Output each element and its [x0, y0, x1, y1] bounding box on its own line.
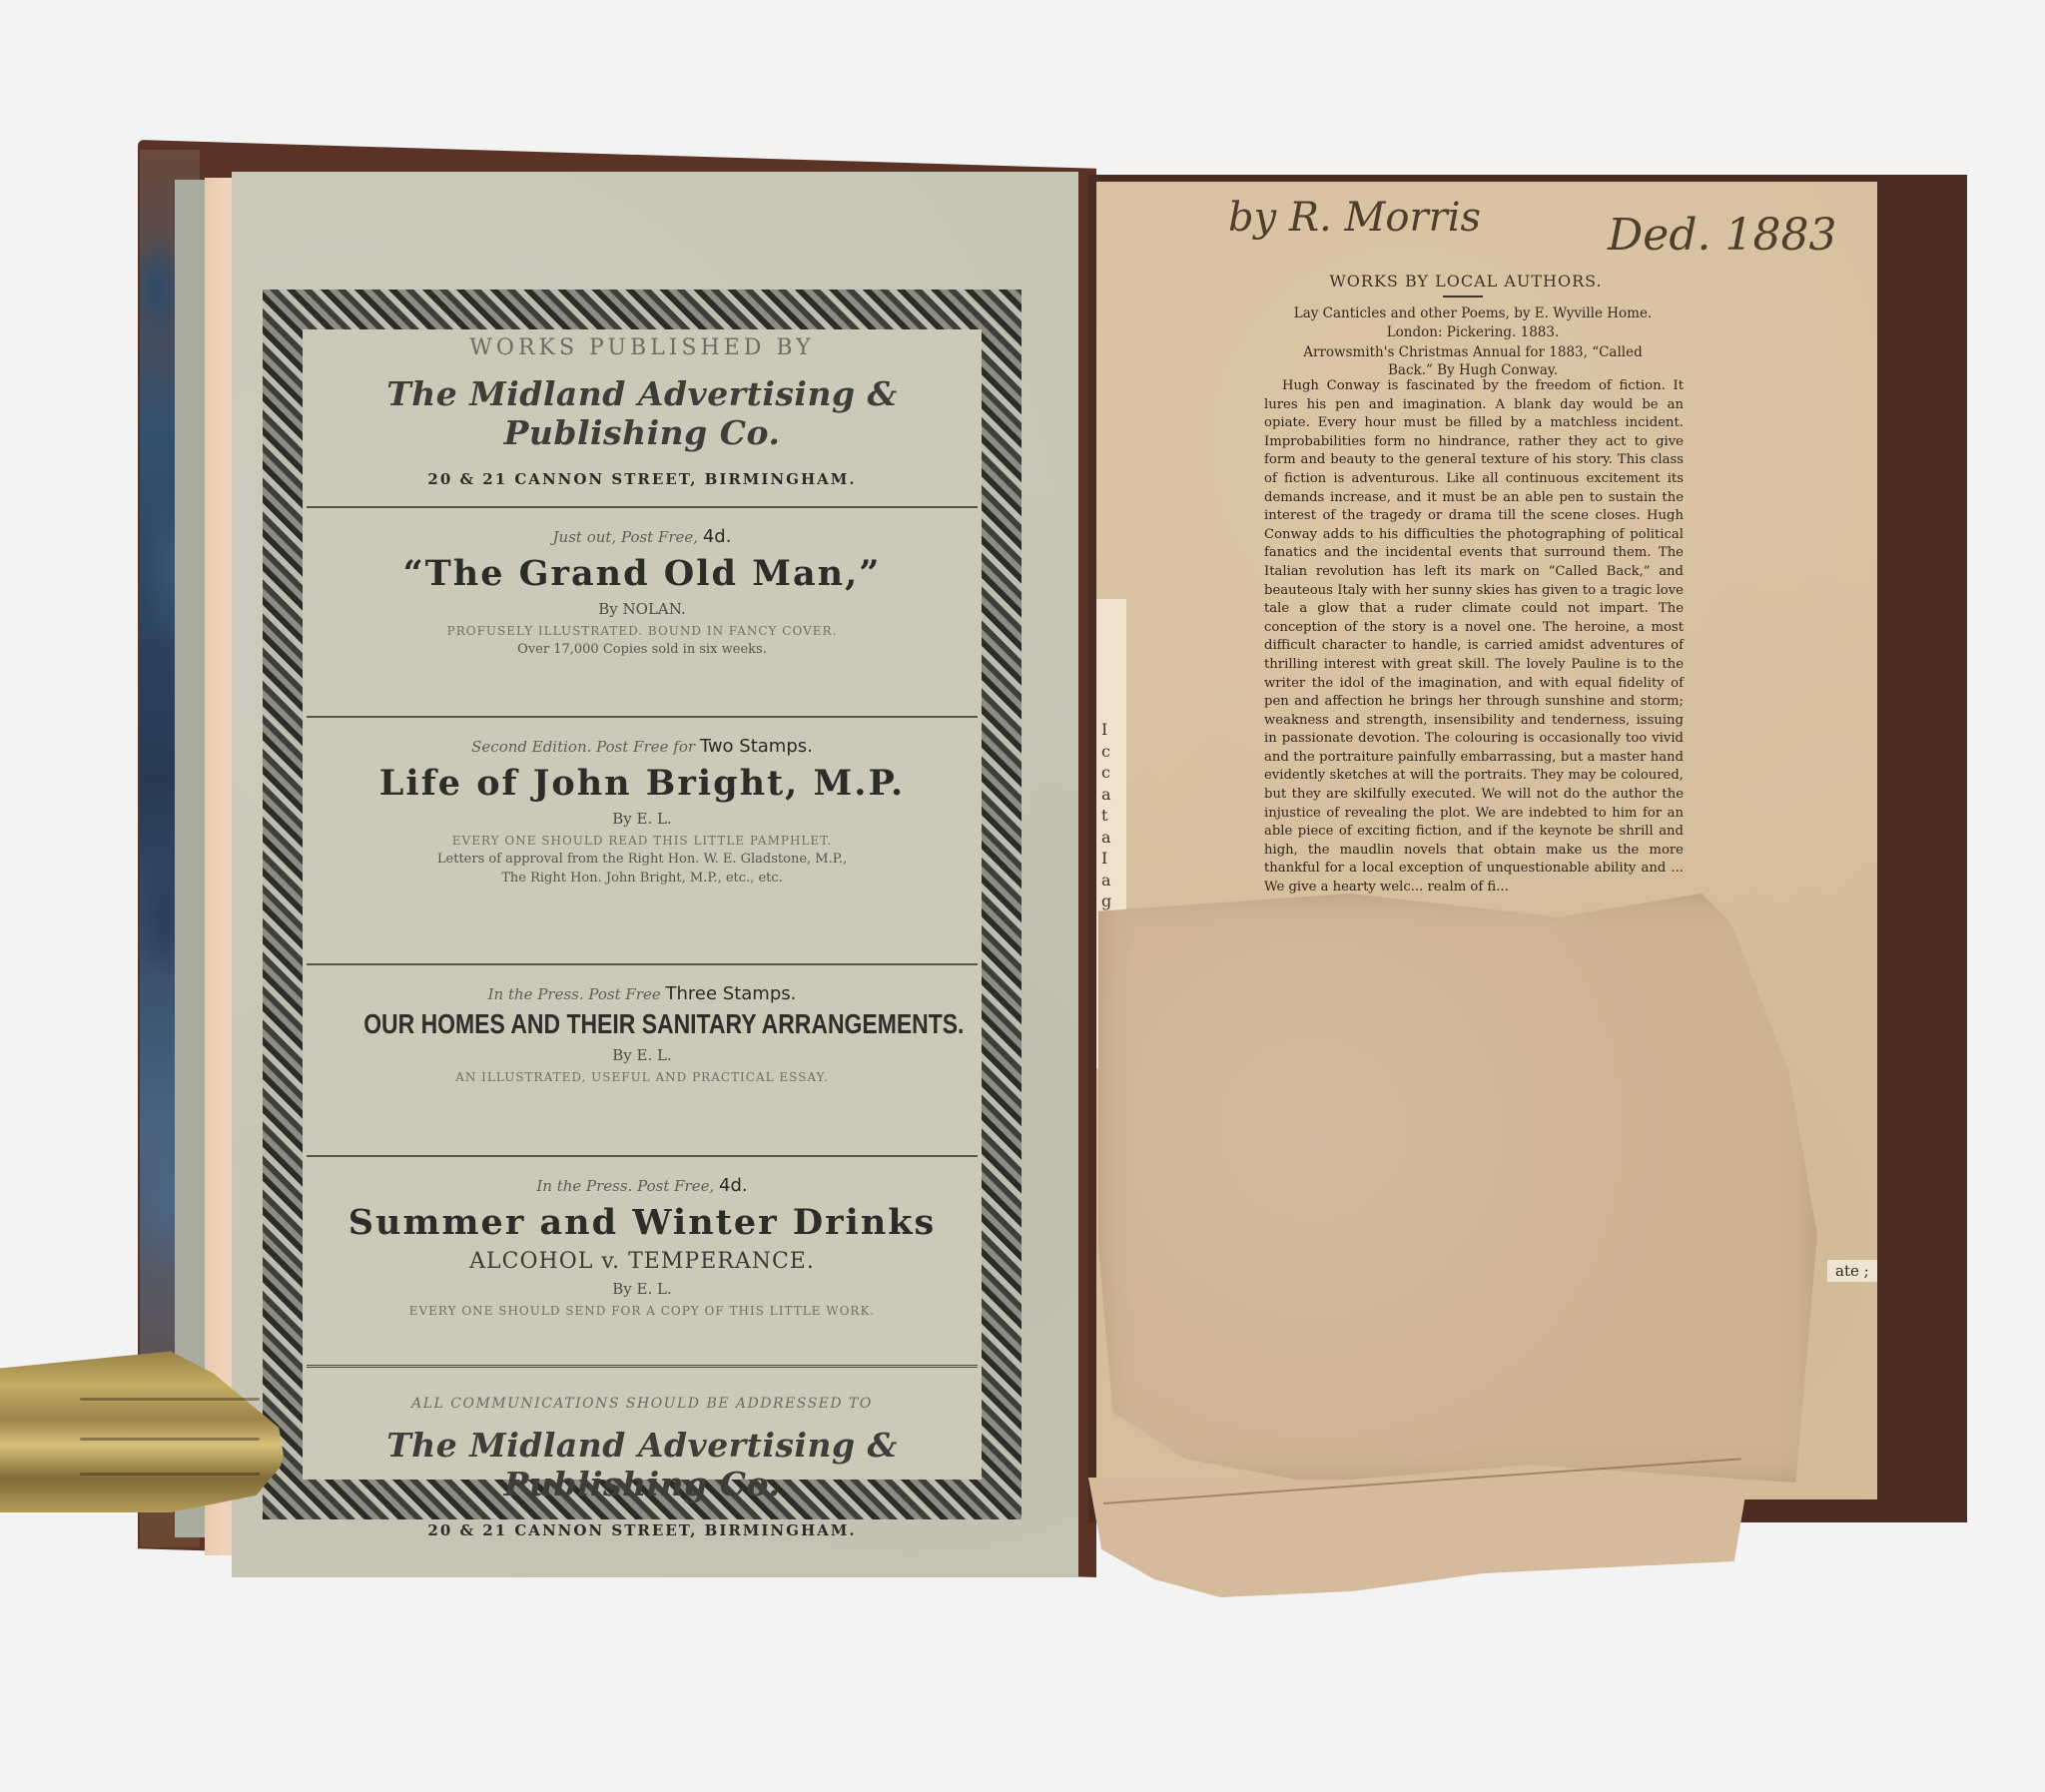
column-heading: WORKS BY LOCAL AUTHORS. [1316, 272, 1616, 291]
entry-1-line-2: London: Pickering. 1883. [1258, 323, 1688, 342]
ad-note: PROFUSELY ILLUSTRATED. BOUND IN FANCY CO… [303, 624, 982, 638]
ad-author: By E. L. [303, 1280, 982, 1298]
ad-note: EVERY ONE SHOULD READ THIS LITTLE PAMPHL… [303, 834, 982, 848]
ad-author: By E. L. [303, 810, 982, 828]
ad-price: Three Stamps. [666, 983, 797, 1004]
double-divider [307, 1365, 978, 1368]
finger-groove [80, 1438, 260, 1441]
ad-price: Two Stamps. [700, 736, 813, 757]
review-body: Hugh Conway is fascinated by the freedom… [1264, 377, 1684, 897]
entry-2-line-1: Arrowsmith's Christmas Annual for 1883, … [1258, 343, 1688, 362]
ad-note-2: Letters of approval from the Right Hon. … [303, 852, 982, 867]
publisher-name: The Midland Advertising & Publishing Co. [303, 374, 982, 452]
ad-note-3: The Right Hon. John Bright, M.P., etc., … [303, 871, 982, 886]
ad-meta: In the Press. Post Free Three Stamps. [303, 983, 982, 1004]
ad-john-bright: Second Edition. Post Free for Two Stamps… [303, 736, 982, 963]
entry-1-line-1: Lay Canticles and other Poems, by E. Wyv… [1258, 304, 1688, 323]
handwritten-date: Ded. 1883 [1608, 210, 1836, 261]
ad-title: “The Grand Old Man,” [303, 553, 982, 594]
ad-subtitle: ALCOHOL v. TEMPERANCE. [303, 1249, 982, 1274]
ad-meta: Just out, Post Free, 4d. [303, 526, 982, 547]
divider [307, 963, 978, 965]
ad-title: Life of John Bright, M.P. [303, 763, 982, 804]
ad-title: Summer and Winter Drinks [303, 1202, 982, 1243]
ad-price: 4d. [703, 526, 732, 547]
publisher-address: 20 & 21 CANNON STREET, BIRMINGHAM. [303, 470, 982, 488]
divider [307, 716, 978, 718]
ad-grand-old-man: Just out, Post Free, 4d. “The Grand Old … [303, 526, 982, 716]
text-fragment: ate ; [1827, 1260, 1877, 1282]
ad-meta-text: In the Press. Post Free [488, 985, 661, 1003]
communications-note: ALL COMMUNICATIONS SHOULD BE ADDRESSED T… [303, 1396, 982, 1412]
ad-author: By E. L. [303, 1046, 982, 1064]
ad-footer: ALL COMMUNICATIONS SHOULD BE ADDRESSED T… [303, 1396, 982, 1539]
ad-price: 4d. [719, 1175, 748, 1196]
footer-address: 20 & 21 CANNON STREET, BIRMINGHAM. [303, 1521, 982, 1539]
divider [307, 506, 978, 508]
divider [307, 1155, 978, 1157]
finger-groove [80, 1398, 260, 1401]
ad-sanitary: In the Press. Post Free Three Stamps. OU… [303, 983, 982, 1155]
finger-groove [80, 1473, 260, 1476]
ad-meta: In the Press. Post Free, 4d. [303, 1175, 982, 1196]
masthead-header: WORKS PUBLISHED BY [303, 329, 982, 360]
advertisement: WORKS PUBLISHED BY The Midland Advertisi… [303, 329, 982, 1480]
ad-meta-text: In the Press. Post Free, [536, 1177, 714, 1195]
ad-summer-winter-drinks: In the Press. Post Free, 4d. Summer and … [303, 1175, 982, 1365]
footer-publisher-name: The Midland Advertising & Publishing Co. [303, 1426, 982, 1503]
ad-author: By NOLAN. [303, 600, 982, 618]
handwritten-inscription: by R. Morris [1228, 195, 1481, 241]
ad-note: AN ILLUSTRATED, USEFUL AND PRACTICAL ESS… [303, 1070, 982, 1084]
ad-meta-text: Just out, Post Free, [553, 528, 699, 546]
torn-folded-paper [1098, 894, 1817, 1483]
ad-title: OUR HOMES AND THEIR SANITARY ARRANGEMENT… [363, 1008, 921, 1040]
ad-note-2: Over 17,000 Copies sold in six weeks. [303, 642, 982, 657]
ad-meta-text: Second Edition. Post Free for [471, 738, 695, 756]
torn-paper-bottom [1088, 1478, 1747, 1597]
ad-meta: Second Edition. Post Free for Two Stamps… [303, 736, 982, 757]
ad-masthead: WORKS PUBLISHED BY The Midland Advertisi… [303, 329, 982, 488]
heading-rule [1443, 296, 1483, 298]
ad-note: EVERY ONE SHOULD SEND FOR A COPY OF THIS… [303, 1304, 982, 1318]
